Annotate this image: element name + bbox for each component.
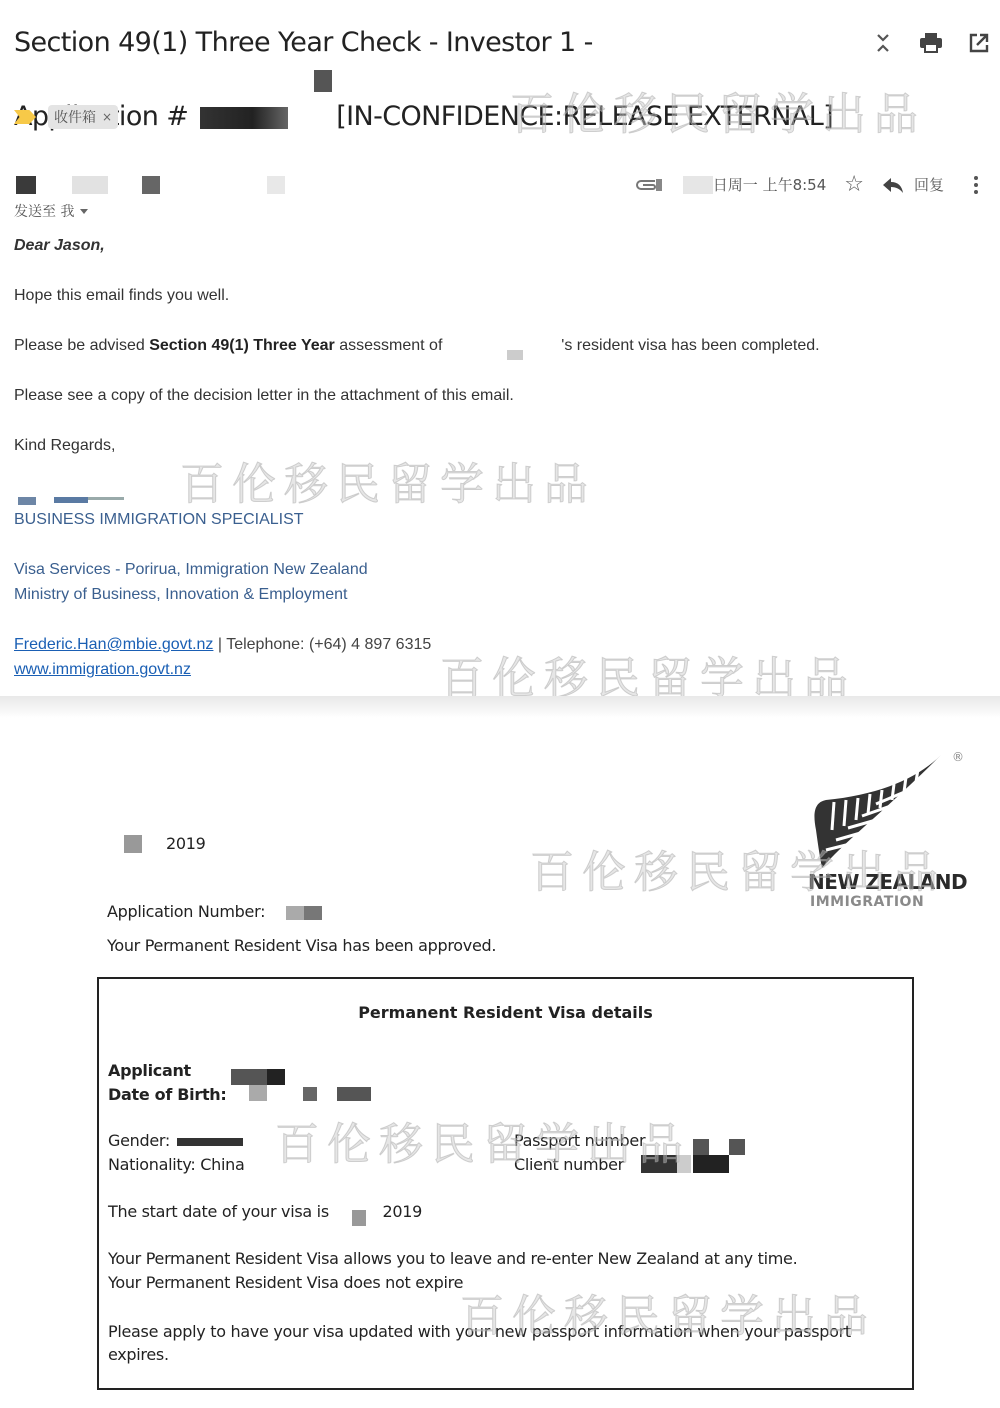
more-vertical-icon[interactable] xyxy=(974,176,978,194)
reenter-text: Your Permanent Resident Visa allows you … xyxy=(108,1249,797,1268)
redacted-application-number xyxy=(200,107,288,129)
redacted-start-date xyxy=(334,1206,378,1220)
telephone-label: Telephone: xyxy=(226,636,309,653)
start-date-label: The start date of your visa is xyxy=(108,1202,329,1221)
redacted-name xyxy=(447,340,557,350)
signature-title: BUSINESS IMMIGRATION SPECIALIST xyxy=(14,511,304,529)
line2-pre: Please be advised xyxy=(14,337,149,354)
body-line-3: Please see a copy of the decision letter… xyxy=(14,387,514,405)
approval-text: Your Permanent Resident Visa has been ap… xyxy=(107,936,496,955)
dob-label: Date of Birth: xyxy=(108,1085,226,1104)
print-icon[interactable] xyxy=(918,30,944,56)
redacted-text xyxy=(314,70,332,92)
registered-mark: ® xyxy=(952,750,964,764)
website-link[interactable]: www.immigration.govt.nz xyxy=(14,661,191,678)
open-in-new-window-icon[interactable] xyxy=(966,30,992,56)
application-number: Application Number: xyxy=(107,902,322,921)
reply-label: 回复 xyxy=(914,174,944,195)
redacted-gender xyxy=(177,1138,243,1146)
section-divider xyxy=(0,696,1000,718)
closing: Kind Regards, xyxy=(14,437,115,455)
visa-details-box: Permanent Resident Visa details Applican… xyxy=(97,977,914,1390)
letter-date: 2019 xyxy=(124,834,206,853)
silver-fern-icon xyxy=(806,750,956,870)
email-view: Section 49(1) Three Year Check - Investo… xyxy=(0,0,1000,696)
passport-number-label: Passport number xyxy=(514,1131,645,1150)
greeting: Dear Jason, xyxy=(14,237,105,255)
separator: | xyxy=(213,636,226,653)
no-expiry-text: Your Permanent Resident Visa does not ex… xyxy=(108,1273,463,1292)
line2-bold: Section 49(1) Three Year xyxy=(149,337,335,354)
client-number-label: Client number xyxy=(514,1155,624,1174)
details-title: Permanent Resident Visa details xyxy=(99,1003,912,1022)
logo-line-2: IMMIGRATION xyxy=(810,894,924,910)
telephone-number: (+64) 4 897 6315 xyxy=(309,636,431,653)
redacted-signature-name xyxy=(18,497,126,505)
redacted-text xyxy=(605,33,621,55)
redacted-applicant-info xyxy=(231,1069,381,1109)
redacted-passport-client-numbers xyxy=(641,1139,751,1179)
label-name: 收件箱 xyxy=(54,107,96,127)
message-date: 日周一 上午8:54 xyxy=(683,174,826,195)
logo-line-1: NEW ZEALAND xyxy=(808,870,967,894)
redacted-text xyxy=(304,107,324,129)
signature-office: Visa Services - Porirua, Immigration New… xyxy=(14,561,368,579)
body-line-2: Please be advised Section 49(1) Three Ye… xyxy=(14,337,914,355)
subject-line-2-suffix: [IN-CONFIDENCE:RELEASE EXTERNAL] xyxy=(336,101,833,132)
gender-label: Gender: xyxy=(108,1131,170,1150)
start-date-field: The start date of your visa is 2019 xyxy=(108,1202,422,1221)
nationality-field: Nationality: China xyxy=(108,1155,244,1174)
start-date-year: 2019 xyxy=(382,1202,422,1221)
gender-field: Gender: xyxy=(108,1131,243,1150)
star-icon[interactable]: ☆ xyxy=(844,172,864,197)
application-number-label: Application Number: xyxy=(107,902,270,921)
redacted-date xyxy=(683,176,713,194)
label-row: 收件箱 × xyxy=(14,105,118,129)
expand-collapse-icon[interactable] xyxy=(870,30,896,56)
date-text: 日周一 上午8:54 xyxy=(713,174,826,195)
importance-marker-icon[interactable] xyxy=(14,110,36,124)
label-chip-inbox: 收件箱 × xyxy=(48,105,118,129)
redacted-date xyxy=(124,835,142,853)
redacted-application-number xyxy=(286,906,322,920)
body-line-1: Hope this email finds you well. xyxy=(14,287,229,305)
message-meta: 日周一 上午8:54 ☆ 回复 xyxy=(633,172,994,197)
line2-mid: assessment of xyxy=(335,337,443,354)
recipient-details-toggle[interactable]: 发送至 我 xyxy=(14,201,88,221)
passport-update-text: Please apply to have your visa updated w… xyxy=(108,1320,888,1366)
signature-contact: Frederic.Han@mbie.govt.nz | Telephone: (… xyxy=(14,636,431,654)
nz-immigration-logo: ® NEW ZEALAND IMMIGRATION xyxy=(806,750,976,910)
thread-actions xyxy=(870,30,992,56)
subject-line-1: Section 49(1) Three Year Check - Investo… xyxy=(14,27,593,58)
chevron-down-icon[interactable] xyxy=(80,209,88,214)
applicant-label: Applicant xyxy=(108,1061,191,1080)
website-row: www.immigration.govt.nz xyxy=(14,661,191,679)
reply-button[interactable]: 回复 xyxy=(882,174,944,195)
line2-post: 's resident visa has been completed. xyxy=(561,337,819,354)
paperclip-icon xyxy=(633,177,665,193)
watermark: 百伦移民留学出品 xyxy=(180,448,596,512)
sender-row: 日周一 上午8:54 ☆ 回复 xyxy=(14,176,994,198)
to-me-label: 发送至 我 xyxy=(14,201,74,221)
reply-icon xyxy=(882,177,904,193)
decision-letter: ® NEW ZEALAND IMMIGRATION 2019 Applicati… xyxy=(0,718,1000,1408)
email-subject: Section 49(1) Three Year Check - Investo… xyxy=(14,24,854,135)
date-year: 2019 xyxy=(166,834,206,853)
remove-label-icon[interactable]: × xyxy=(102,110,112,124)
email-link[interactable]: Frederic.Han@mbie.govt.nz xyxy=(14,636,213,653)
signature-ministry: Ministry of Business, Innovation & Emplo… xyxy=(14,586,347,604)
